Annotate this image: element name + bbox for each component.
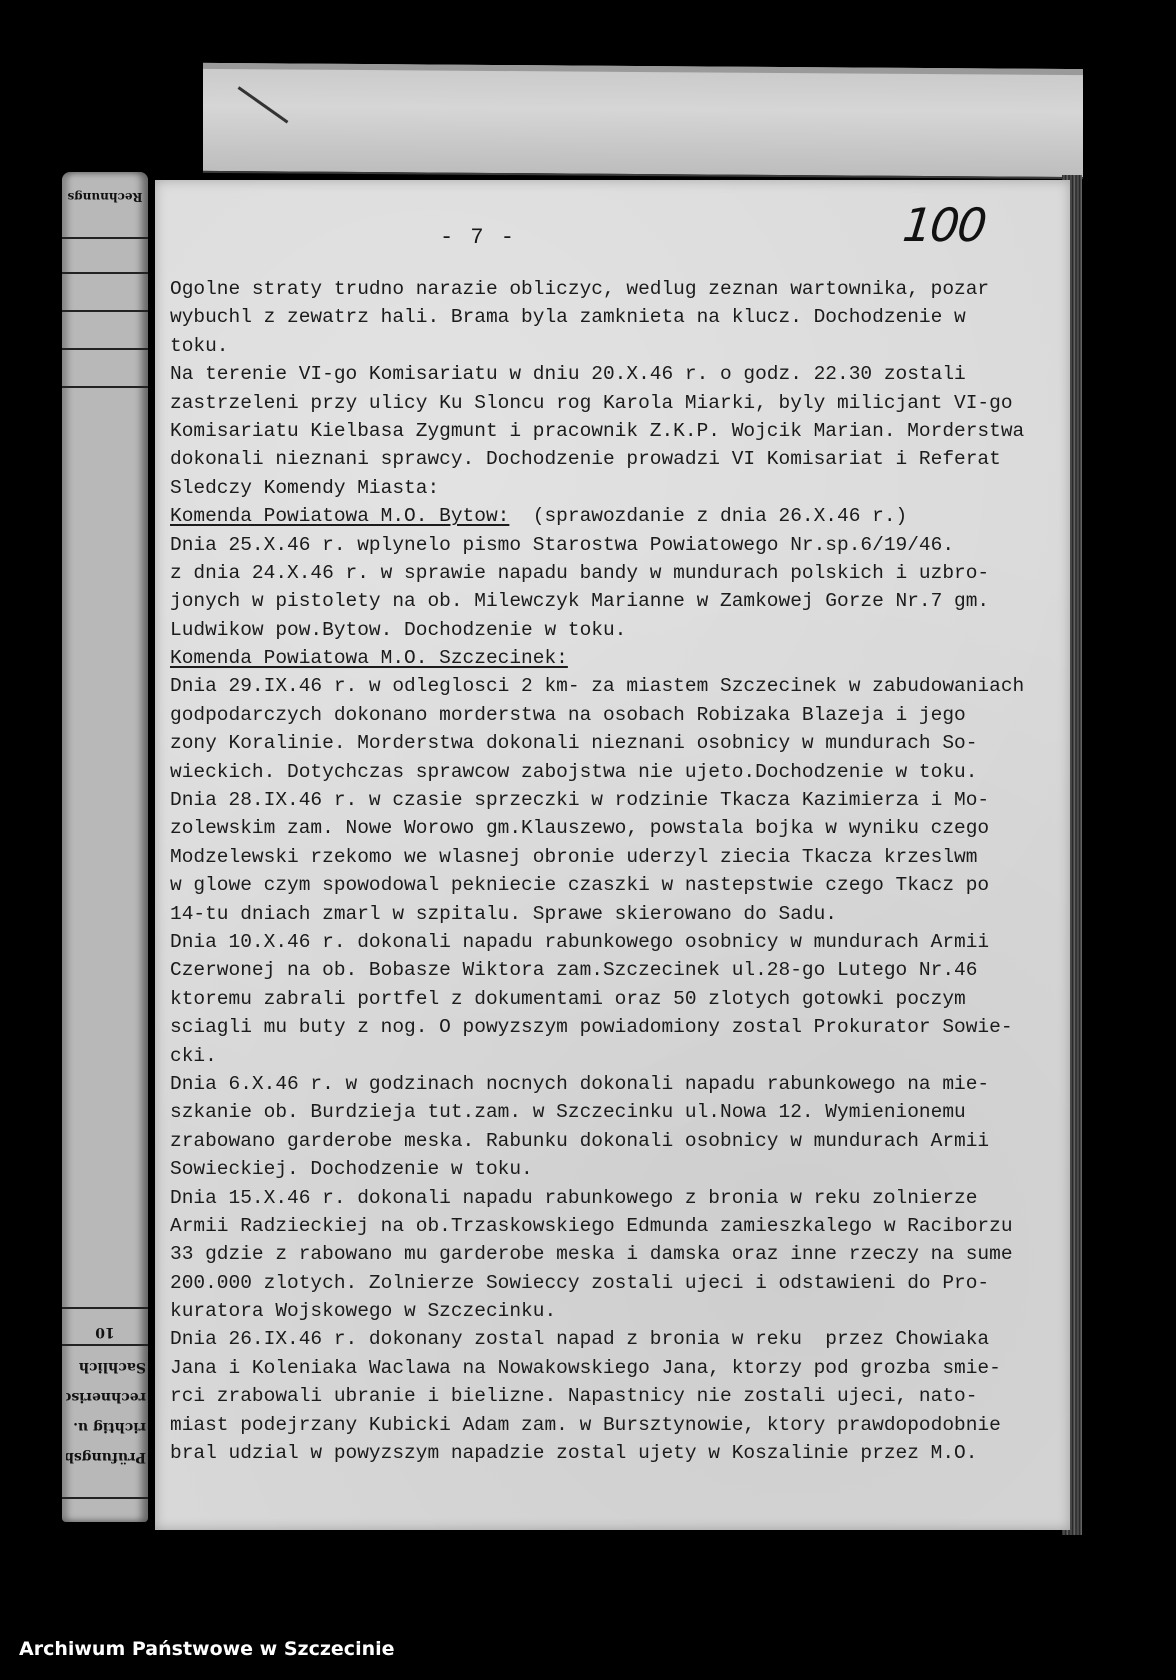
line-text: z dnia 24.X.46 r. w sprawie napadu bandy… <box>170 562 989 584</box>
text-line: sciagli mu buty z nog. O powyzszym powia… <box>170 1013 1070 1041</box>
spine-bottom-line: rechnerisch <box>66 1382 146 1412</box>
line-text: Dnia 6.X.46 r. w godzinach nocnych dokon… <box>170 1073 989 1095</box>
text-line: ktoremu zabrali portfel z dokumentami or… <box>170 985 1070 1013</box>
line-text: Na terenie VI-go Komisariatu w dniu 20.X… <box>170 363 966 385</box>
text-line: w glowe czym spowodowal pekniecie czaszk… <box>170 871 1070 899</box>
spine-band <box>62 1497 148 1499</box>
text-line: Armii Radzieckiej na ob.Trzaskowskiego E… <box>170 1212 1070 1240</box>
page-number: - 7 - <box>440 225 516 250</box>
text-line: zrabowano garderobe meska. Rabunku dokon… <box>170 1127 1070 1155</box>
line-text: 14-tu dniach zmarl w szpitalu. Sprawe sk… <box>170 903 837 925</box>
spine-bottom-line: richtig u. <box>66 1412 146 1442</box>
text-line: Dnia 29.IX.46 r. w odleglosci 2 km- za m… <box>170 672 1070 700</box>
spine-band <box>62 272 148 274</box>
spine-band <box>62 1344 148 1346</box>
text-line: cki. <box>170 1042 1070 1070</box>
text-line: rci zrabowali ubranie i bielizne. Napast… <box>170 1382 1070 1410</box>
text-line: szkanie ob. Burdzieja tut.zam. w Szczeci… <box>170 1098 1070 1126</box>
section-heading: Komenda Powiatowa M.O. Bytow: <box>170 505 509 527</box>
text-line: 200.000 zlotych. Zolnierze Sowieccy zost… <box>170 1269 1070 1297</box>
text-line: Komisariatu Kielbasa Zygmunt i pracownik… <box>170 417 1070 445</box>
flap-crease <box>238 86 289 123</box>
folded-page-flap <box>203 63 1083 179</box>
text-line: Ludwikow pow.Bytow. Dochodzenie w toku. <box>170 616 1070 644</box>
line-text: Dnia 15.X.46 r. dokonali napadu rabunkow… <box>170 1187 977 1209</box>
handwritten-folio-number: 100 <box>900 198 987 252</box>
text-line: Czerwonej na ob. Bobasze Wiktora zam.Szc… <box>170 956 1070 984</box>
text-line: Sowieckiej. Dochodzenie w toku. <box>170 1155 1070 1183</box>
spine-top-label: Rechnungs <box>62 190 148 204</box>
line-text: wieckich. Dotychczas sprawcow zabojstwa … <box>170 761 977 783</box>
line-text: cki. <box>170 1045 217 1067</box>
line-text: rci zrabowali ubranie i bielizne. Napast… <box>170 1385 977 1407</box>
text-line: 33 gdzie z rabowano mu garderobe meska i… <box>170 1240 1070 1268</box>
line-text: zony Koralinie. Morderstwa dokonali niez… <box>170 732 977 754</box>
archive-caption: Archiwum Państwowe w Szczecinie <box>19 1638 395 1660</box>
flap-fold-edge <box>203 63 1083 75</box>
line-text: toku. <box>170 335 229 357</box>
line-text: Dnia 26.IX.46 r. dokonany zostal napad z… <box>170 1328 989 1350</box>
spine-band <box>62 310 148 312</box>
line-text: wybuchl z zewatrz hali. Brama byla zamkn… <box>170 306 966 328</box>
typewritten-page: - 7 - 100 Ogolne straty trudno narazie o… <box>155 180 1070 1530</box>
section-heading-line: Komenda Powiatowa M.O. Bytow: (sprawozda… <box>170 502 1070 530</box>
line-text: Armii Radzieckiej na ob.Trzaskowskiego E… <box>170 1215 1013 1237</box>
line-text: bral udzial w powyzszym napadzie zostal … <box>170 1442 977 1464</box>
spine-band <box>62 1307 148 1309</box>
line-text: Modzelewski rzekomo we wlasnej obronie u… <box>170 846 977 868</box>
line-text: 33 gdzie z rabowano mu garderobe meska i… <box>170 1243 1013 1265</box>
line-text: Sledczy Komendy Miasta: <box>170 477 439 499</box>
line-text: Komisariatu Kielbasa Zygmunt i pracownik… <box>170 420 1024 442</box>
text-line: Modzelewski rzekomo we wlasnej obronie u… <box>170 843 1070 871</box>
text-line: kuratora Wojskowego w Szczecinku. <box>170 1297 1070 1325</box>
line-text: godpodarczych dokonano morderstwa na oso… <box>170 704 966 726</box>
book-spine: Rechnungs 10 Prüfungsbe richtig u. rechn… <box>62 172 148 1522</box>
spine-band <box>62 237 148 239</box>
spine-volume-number: 10 <box>62 1324 148 1340</box>
scanned-archive-image: Rechnungs 10 Prüfungsbe richtig u. rechn… <box>0 0 1176 1620</box>
line-text: zrabowano garderobe meska. Rabunku dokon… <box>170 1130 989 1152</box>
line-text: w glowe czym spowodowal pekniecie czaszk… <box>170 874 989 896</box>
spine-band <box>62 348 148 350</box>
text-line: Dnia 25.X.46 r. wplynelo pismo Starostwa… <box>170 531 1070 559</box>
text-line: Dnia 6.X.46 r. w godzinach nocnych dokon… <box>170 1070 1070 1098</box>
text-line: zolewskim zam. Nowe Worowo gm.Klauszewo,… <box>170 814 1070 842</box>
line-text: miast podejrzany Kubicki Adam zam. w Bur… <box>170 1414 1001 1436</box>
text-line: wieckich. Dotychczas sprawcow zabojstwa … <box>170 758 1070 786</box>
line-text: Dnia 25.X.46 r. wplynelo pismo Starostwa… <box>170 534 954 556</box>
section-heading: Komenda Powiatowa M.O. Szczecinek: <box>170 647 568 669</box>
text-line: dokonali nieznani sprawcy. Dochodzenie p… <box>170 445 1070 473</box>
text-line: Dnia 15.X.46 r. dokonali napadu rabunkow… <box>170 1184 1070 1212</box>
report-body-text: Ogolne straty trudno narazie obliczyc, w… <box>170 275 1070 1467</box>
line-text: szkanie ob. Burdzieja tut.zam. w Szczeci… <box>170 1101 966 1123</box>
text-line: toku. <box>170 332 1070 360</box>
spine-bottom-line: Sachlich <box>66 1352 146 1382</box>
line-text: Ogolne straty trudno narazie obliczyc, w… <box>170 278 989 300</box>
line-text: 200.000 zlotych. Zolnierze Sowieccy zost… <box>170 1272 989 1294</box>
line-text: jonych w pistolety na ob. Milewczyk Mari… <box>170 590 989 612</box>
text-line: Na terenie VI-go Komisariatu w dniu 20.X… <box>170 360 1070 388</box>
text-line: godpodarczych dokonano morderstwa na oso… <box>170 701 1070 729</box>
spine-bottom-label: Prüfungsbe richtig u. rechnerisch Sachli… <box>66 1352 146 1472</box>
text-line: zony Koralinie. Morderstwa dokonali niez… <box>170 729 1070 757</box>
line-text: ktoremu zabrali portfel z dokumentami or… <box>170 988 966 1010</box>
text-line: wybuchl z zewatrz hali. Brama byla zamkn… <box>170 303 1070 331</box>
text-line: Dnia 10.X.46 r. dokonali napadu rabunkow… <box>170 928 1070 956</box>
line-text: zastrzeleni przy ulicy Ku Sloncu rog Kar… <box>170 392 1013 414</box>
line-text: kuratora Wojskowego w Szczecinku. <box>170 1300 556 1322</box>
text-line: Dnia 28.IX.46 r. w czasie sprzeczki w ro… <box>170 786 1070 814</box>
text-line: Sledczy Komendy Miasta: <box>170 474 1070 502</box>
text-line: jonych w pistolety na ob. Milewczyk Mari… <box>170 587 1070 615</box>
line-text: dokonali nieznani sprawcy. Dochodzenie p… <box>170 448 1001 470</box>
section-heading-line: Komenda Powiatowa M.O. Szczecinek: <box>170 644 1070 672</box>
line-text: Jana i Koleniaka Waclawa na Nowakowskieg… <box>170 1357 1001 1379</box>
line-text: Ludwikow pow.Bytow. Dochodzenie w toku. <box>170 619 626 641</box>
text-line: Jana i Koleniaka Waclawa na Nowakowskieg… <box>170 1354 1070 1382</box>
spine-bottom-line: Prüfungsbe <box>66 1442 146 1472</box>
line-text: sciagli mu buty z nog. O powyzszym powia… <box>170 1016 1013 1038</box>
text-line: Ogolne straty trudno narazie obliczyc, w… <box>170 275 1070 303</box>
text-line: 14-tu dniach zmarl w szpitalu. Sprawe sk… <box>170 900 1070 928</box>
text-line: z dnia 24.X.46 r. w sprawie napadu bandy… <box>170 559 1070 587</box>
text-line: zastrzeleni przy ulicy Ku Sloncu rog Kar… <box>170 389 1070 417</box>
text-line: bral udzial w powyzszym napadzie zostal … <box>170 1439 1070 1467</box>
line-text: zolewskim zam. Nowe Worowo gm.Klauszewo,… <box>170 817 989 839</box>
line-text: Dnia 10.X.46 r. dokonali napadu rabunkow… <box>170 931 989 953</box>
text-line: miast podejrzany Kubicki Adam zam. w Bur… <box>170 1411 1070 1439</box>
line-text: Sowieckiej. Dochodzenie w toku. <box>170 1158 533 1180</box>
line-text: (sprawozdanie z dnia 26.X.46 r.) <box>509 505 907 527</box>
line-text: Dnia 28.IX.46 r. w czasie sprzeczki w ro… <box>170 789 989 811</box>
spine-band <box>62 386 148 388</box>
line-text: Dnia 29.IX.46 r. w odleglosci 2 km- za m… <box>170 675 1024 697</box>
text-line: Dnia 26.IX.46 r. dokonany zostal napad z… <box>170 1325 1070 1353</box>
line-text: Czerwonej na ob. Bobasze Wiktora zam.Szc… <box>170 959 977 981</box>
